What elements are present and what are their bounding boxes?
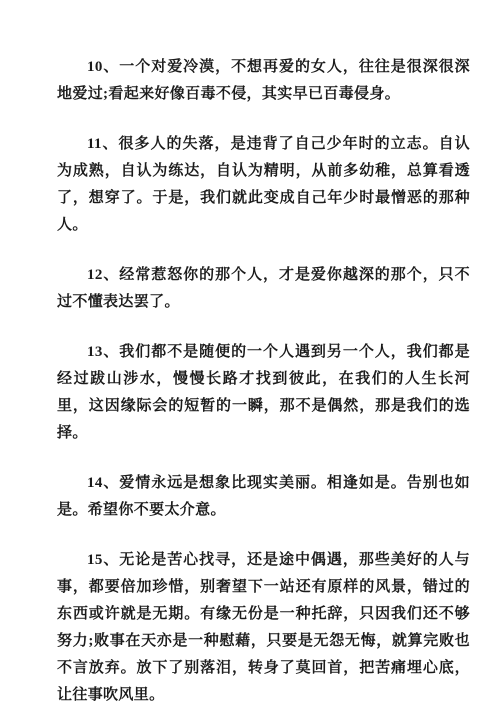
- paragraph: 10、一个对爱冷漠，不想再爱的女人，往往是很深很深地爱过;看起来好像百毒不侵，其…: [57, 54, 470, 108]
- paragraph: 14、爱情永远是想象比现实美丽。相逢如是。告别也如是。希望你不要太介意。: [57, 470, 470, 524]
- document-page: 10、一个对爱冷漠，不想再爱的女人，往往是很深很深地爱过;看起来好像百毒不侵，其…: [0, 0, 500, 707]
- paragraph: 12、经常惹怒你的那个人，才是爱你越深的那个，只不过不懂表达罢了。: [57, 262, 470, 316]
- paragraph: 13、我们都不是随便的一个人遇到另一个人，我们都是经过跋山涉水，慢慢长路才找到彼…: [57, 339, 470, 447]
- paragraph: 15、无论是苦心找寻，还是途中偶遇，那些美好的人与事，都要倍加珍惜，别奢望下一站…: [57, 547, 470, 707]
- paragraph: 11、很多人的失落，是违背了自己少年时的立志。自认为成熟，自认为练达，自认为精明…: [57, 131, 470, 239]
- document-body: 10、一个对爱冷漠，不想再爱的女人，往往是很深很深地爱过;看起来好像百毒不侵，其…: [57, 54, 470, 707]
